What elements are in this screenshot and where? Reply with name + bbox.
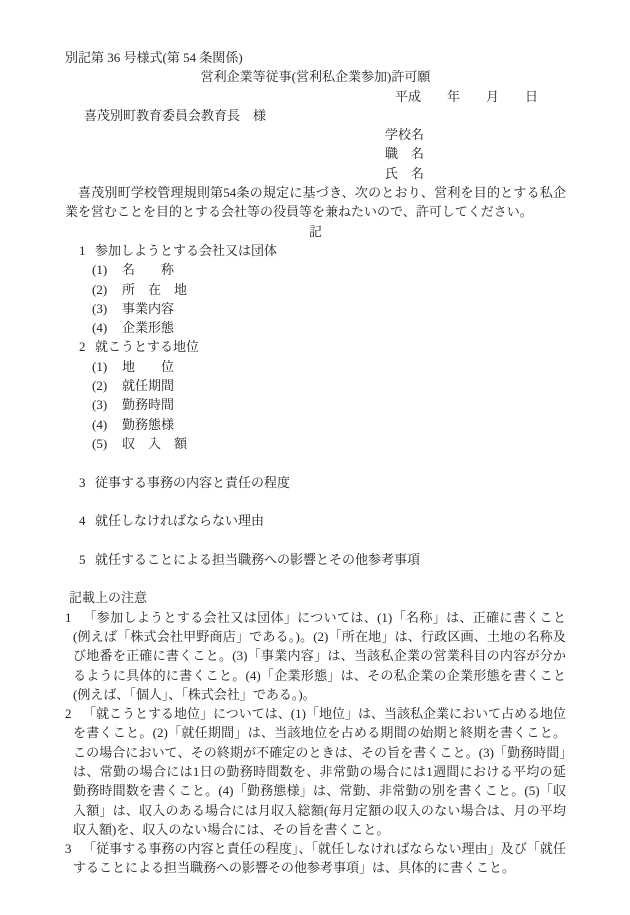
form-reference: 別記第 36 号様式(第 54 条関係) [65,48,566,67]
spacer [65,530,566,549]
school-name-label: 学校名 [385,125,566,144]
list-item-5: 5就任することによる担当職務への影響とその他参考事項 [65,550,566,569]
subitem-number: (4) [92,318,122,337]
ki-heading: 記 [65,222,566,241]
spacer [65,453,566,472]
subitem-label: 収 入 額 [122,436,187,451]
notes-heading: 記載上の注意 [69,588,566,607]
item-number: 2 [79,337,95,356]
subitem-number: (3) [92,299,122,318]
spacer [65,492,566,511]
document-title: 営利企業等従事(営利私企業参加)許可願 [65,67,566,86]
document-page: 別記第 36 号様式(第 54 条関係) 営利企業等従事(営利私企業参加)許可願… [0,0,630,915]
subitem-number: (3) [92,395,122,414]
addressee-line: 喜茂別町教育委員会教育長 様 [84,106,566,125]
note-text: 「従事する事務の内容と責任の程度」、「就任しなければならない理由」及び「就任する… [73,841,566,875]
subitem-label: 名 称 [122,262,174,277]
list-subitem-1-1: (1)名 称 [65,260,566,279]
item-text: 従事する事務の内容と責任の程度 [95,475,290,490]
note-number: 1 [65,608,83,627]
request-paragraph: 喜茂別町学校管理規則第54条の規定に基づき、次のとおり、営利を目的とする私企業を… [65,183,566,222]
subitem-number: (1) [92,260,122,279]
list-subitem-2-4: (4)勤務態様 [65,415,566,434]
note-number: 3 [65,839,83,858]
signature-block: 学校名 職 名 氏 名 [65,125,566,183]
subitem-number: (2) [92,376,122,395]
subitem-label: 事業内容 [122,301,174,316]
subitem-label: 企業形態 [122,320,174,335]
list-subitem-1-3: (3)事業内容 [65,299,566,318]
note-text: 「就こうとする地位」については、(1)「地位」は、当該私企業において占める地位を… [73,706,566,837]
list-subitem-2-1: (1)地 位 [65,357,566,376]
note-item-3: 3「従事する事務の内容と責任の程度」、「就任しなければならない理由」及び「就任す… [65,839,566,878]
position-name-label: 職 名 [385,144,566,163]
item-number: 4 [79,511,95,530]
list-subitem-2-5: (5)収 入 額 [65,434,566,453]
item-text: 就任しなければならない理由 [95,513,264,528]
note-item-2: 2「就こうとする地位」については、(1)「地位」は、当該私企業において占める地位… [65,704,566,839]
note-item-1: 1「参加しようとする会社又は団体」については、(1)「名称」は、正確に書くこと(… [65,608,566,704]
subitem-label: 就任期間 [122,378,174,393]
subitem-number: (2) [92,280,122,299]
subitem-label: 所 在 地 [122,282,187,297]
list-item-3: 3従事する事務の内容と責任の程度 [65,473,566,492]
spacer [65,569,566,588]
subitem-label: 地 位 [122,359,174,374]
list-item-2: 2就こうとする地位 [65,337,566,356]
subitem-number: (4) [92,415,122,434]
list-subitem-1-2: (2)所 在 地 [65,280,566,299]
list-item-4: 4就任しなければならない理由 [65,511,566,530]
date-line: 平成 年 月 日 [395,87,566,106]
person-name-label: 氏 名 [385,164,566,183]
subitem-label: 勤務態様 [122,417,174,432]
item-number: 1 [79,241,95,260]
subitem-number: (5) [92,434,122,453]
item-text: 参加しようとする会社又は団体 [95,243,277,258]
list-item-1: 1参加しようとする会社又は団体 [65,241,566,260]
item-number: 5 [79,550,95,569]
list-subitem-1-4: (4)企業形態 [65,318,566,337]
item-text: 就こうとする地位 [95,339,199,354]
list-subitem-2-2: (2)就任期間 [65,376,566,395]
list-subitem-2-3: (3)勤務時間 [65,395,566,414]
subitem-number: (1) [92,357,122,376]
note-text: 「参加しようとする会社又は団体」については、(1)「名称」は、正確に書くこと(例… [73,610,566,702]
item-text: 就任することによる担当職務への影響とその他参考事項 [95,552,420,567]
item-number: 3 [79,473,95,492]
subitem-label: 勤務時間 [122,397,174,412]
note-number: 2 [65,704,83,723]
